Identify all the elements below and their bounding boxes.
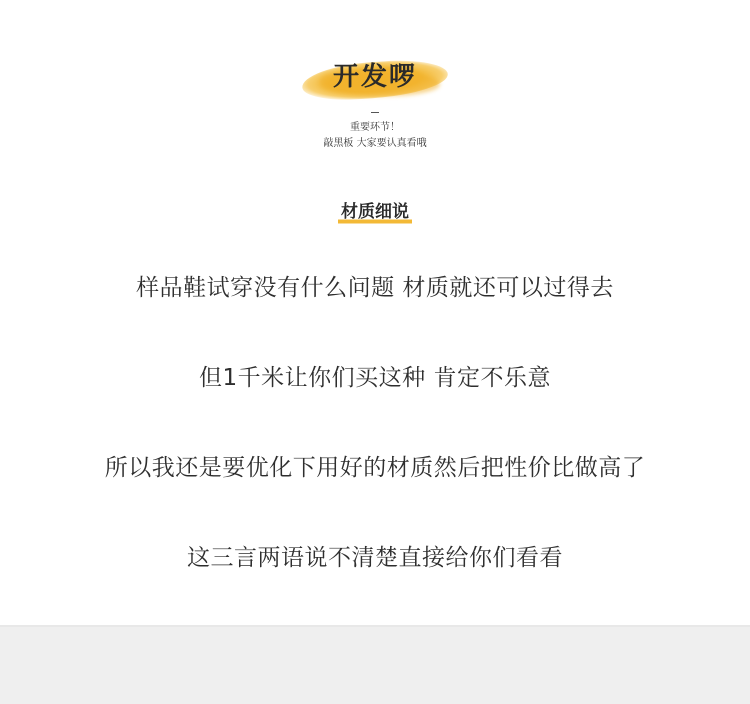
header-banner: 开发啰 重要环节！ 敲黑板 大家要认真看哦 bbox=[0, 48, 750, 151]
banner-subtitle-1: 重要环节！ bbox=[350, 121, 400, 135]
divider-dash bbox=[371, 112, 379, 113]
banner-subtitle-2: 敲黑板 大家要认真看哦 bbox=[323, 137, 426, 151]
section-heading: 材质细说 bbox=[0, 197, 750, 224]
section-title: 材质细说 bbox=[338, 197, 412, 224]
brush-stroke-title: 开发啰 bbox=[300, 48, 450, 104]
banner-title: 开发啰 bbox=[333, 56, 417, 93]
body-line-3: 所以我还是要优化下用好的材质然后把性价比做高了 bbox=[0, 449, 750, 482]
body-line-1: 样品鞋试穿没有什么问题 材质就还可以过得去 bbox=[0, 269, 750, 302]
next-section-gray-band bbox=[0, 625, 750, 704]
body-line-4: 这三言两语说不清楚直接给你们看看 bbox=[0, 539, 750, 572]
body-line-2: 但1千米让你们买这种 肯定不乐意 bbox=[0, 359, 750, 392]
